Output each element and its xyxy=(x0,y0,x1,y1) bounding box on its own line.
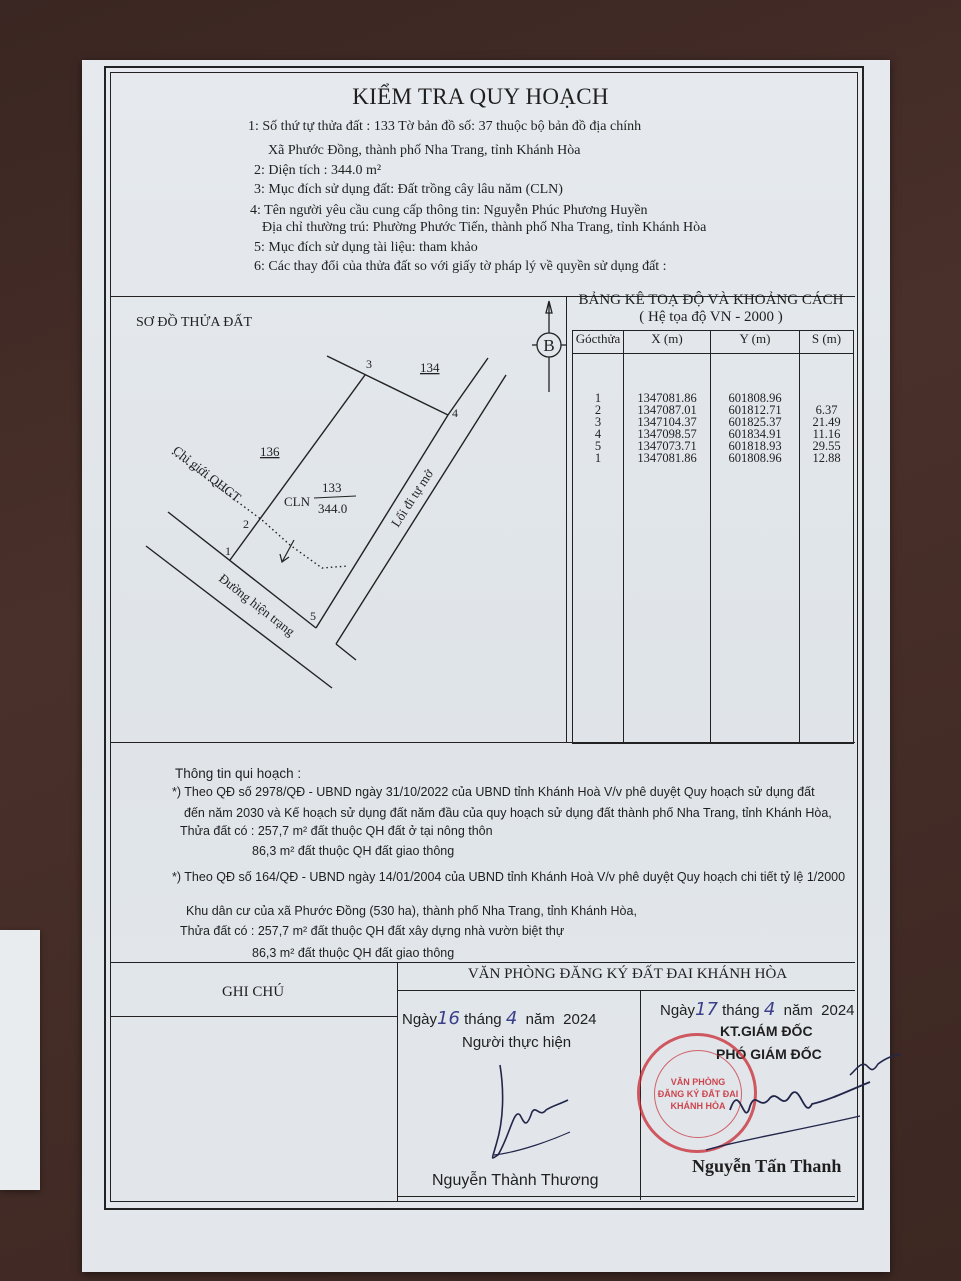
planning-info-heading: Thông tin qui hoạch : xyxy=(175,766,301,781)
office-divider xyxy=(397,990,855,991)
parcel-changes-line: 6: Các thay đổi của thửa đất so với giấy… xyxy=(254,259,667,275)
coordinate-table: Gócthửa X (m) Y (m) S (m) 123451 1347081… xyxy=(572,330,854,744)
col-header-x: X (m) xyxy=(624,331,711,353)
performer-date: Ngày16 tháng 4 năm 2024 xyxy=(402,1008,597,1029)
approver-year: 2024 xyxy=(821,1002,854,1019)
parcel-area-line: 2: Diện tích : 344.0 m² xyxy=(254,163,381,179)
coord-system-label: ( Hệ tọa độ VN - 2000 ) xyxy=(566,309,856,326)
approver-role-1: KT.GIÁM ĐỐC xyxy=(720,1023,813,1039)
decision2-line3: Thửa đất có : 257,7 m² đất thuộc QH đất … xyxy=(180,924,564,938)
footer-vline-1 xyxy=(397,962,398,1202)
performer-name: Nguyễn Thành Thương xyxy=(432,1172,599,1190)
parcel-location-line: Xã Phước Đồng, thành phố Nha Trang, tỉnh… xyxy=(268,143,580,159)
coord-cell-x: 1347081.86 xyxy=(624,452,710,464)
decision1-line2: đến năm 2030 và Kế hoạch sử dụng đất năm… xyxy=(184,806,832,820)
parcel-number-line: 1: Số thứ tự thửa đất : 133 Tờ bản đồ số… xyxy=(248,119,641,135)
svg-text:134: 134 xyxy=(420,360,440,375)
signature-bottom-line xyxy=(397,1196,855,1197)
col-corner: 123451 xyxy=(573,354,624,744)
coord-table-body: 123451 1347081.861347087.011347104.37134… xyxy=(573,354,853,744)
svg-text:1: 1 xyxy=(225,544,231,558)
coord-cell-s: 12.88 xyxy=(800,452,853,464)
col-x: 1347081.861347087.011347104.371347098.57… xyxy=(624,354,711,744)
parcel-diagram: B 3 4 2 1 5 134 136 CLN 133 344.0 Đường … xyxy=(112,298,568,738)
document-purpose-line: 5: Mục đích sử dụng tài liệu: tham khảo xyxy=(254,240,478,256)
approver-date: Ngày17 tháng 4 năm 2024 xyxy=(660,999,855,1020)
svg-text:4: 4 xyxy=(452,406,458,420)
requester-address-line: Địa chỉ thường trú: Phường Phước Tiến, t… xyxy=(262,220,706,236)
requester-line: 4: Tên người yêu cầu cung cấp thông tin:… xyxy=(250,203,648,219)
svg-text:Lối đi tự mở: Lối đi tự mở xyxy=(388,466,437,530)
document-title: KIỂM TRA QUY HOẠCH xyxy=(0,84,961,110)
svg-text:136: 136 xyxy=(260,444,280,459)
svg-text:2: 2 xyxy=(243,517,249,531)
approver-month: 4 xyxy=(764,999,775,1020)
col-header-y: Y (m) xyxy=(711,331,800,353)
coord-cell-corner: 1 xyxy=(573,452,623,464)
performer-month: 4 xyxy=(506,1008,517,1029)
coord-table-title: BẢNG KÊ TOẠ ĐỘ VÀ KHOẢNG CÁCH ( Hệ tọa đ… xyxy=(566,292,856,326)
decision1-line1: *) Theo QĐ số 2978/QĐ - UBND ngày 31/10/… xyxy=(172,785,815,799)
decision1-line3: Thửa đất có : 257,7 m² đất thuộc QH đất … xyxy=(180,824,493,838)
svg-text:133: 133 xyxy=(322,480,342,495)
notes-divider xyxy=(111,1016,397,1017)
svg-text:344.0: 344.0 xyxy=(318,501,347,516)
decision2-line1: *) Theo QĐ số 164/QĐ - UBND ngày 14/01/2… xyxy=(172,870,845,884)
svg-text:5: 5 xyxy=(310,609,316,623)
col-y: 601808.96601812.71601825.37601834.916018… xyxy=(711,354,800,744)
coord-table-header: Gócthửa X (m) Y (m) S (m) xyxy=(573,331,853,354)
performer-role: Người thực hiện xyxy=(462,1034,571,1051)
svg-text:Chỉ giới QHGT: Chỉ giới QHGT xyxy=(170,443,244,505)
notes-label: GHI CHÚ xyxy=(112,984,394,1001)
performer-signature xyxy=(460,1060,580,1170)
approver-signature xyxy=(700,1050,900,1160)
office-name: VĂN PHÒNG ĐĂNG KÝ ĐẤT ĐAI KHÁNH HÒA xyxy=(400,966,855,983)
footer-divider-top xyxy=(111,962,855,963)
svg-text:3: 3 xyxy=(366,357,372,371)
section-divider-middle xyxy=(111,742,855,743)
coord-cell-y: 601808.96 xyxy=(711,452,799,464)
decision2-line4: 86,3 m² đất thuộc QH đất giao thông xyxy=(252,946,454,960)
decision1-line4: 86,3 m² đất thuộc QH đất giao thông xyxy=(252,844,454,858)
svg-text:CLN: CLN xyxy=(284,494,311,509)
performer-year: 2024 xyxy=(563,1011,596,1028)
underlying-paper-sheet xyxy=(0,930,40,1190)
col-header-corner: Gócthửa xyxy=(573,331,624,353)
col-header-s: S (m) xyxy=(800,331,853,353)
approver-day: 17 xyxy=(695,999,718,1020)
land-use-line: 3: Mục đích sử dụng đất: Đất trồng cây l… xyxy=(254,182,563,198)
col-s: 6.3721.4911.1629.5512.88 xyxy=(800,354,853,744)
coord-table-heading: BẢNG KÊ TOẠ ĐỘ VÀ KHOẢNG CÁCH xyxy=(566,292,856,309)
decision2-line2: Khu dân cư của xã Phước Đồng (530 ha), t… xyxy=(186,904,637,918)
performer-day: 16 xyxy=(437,1008,460,1029)
svg-text:B: B xyxy=(543,336,554,355)
approver-name: Nguyễn Tấn Thanh xyxy=(692,1156,841,1177)
